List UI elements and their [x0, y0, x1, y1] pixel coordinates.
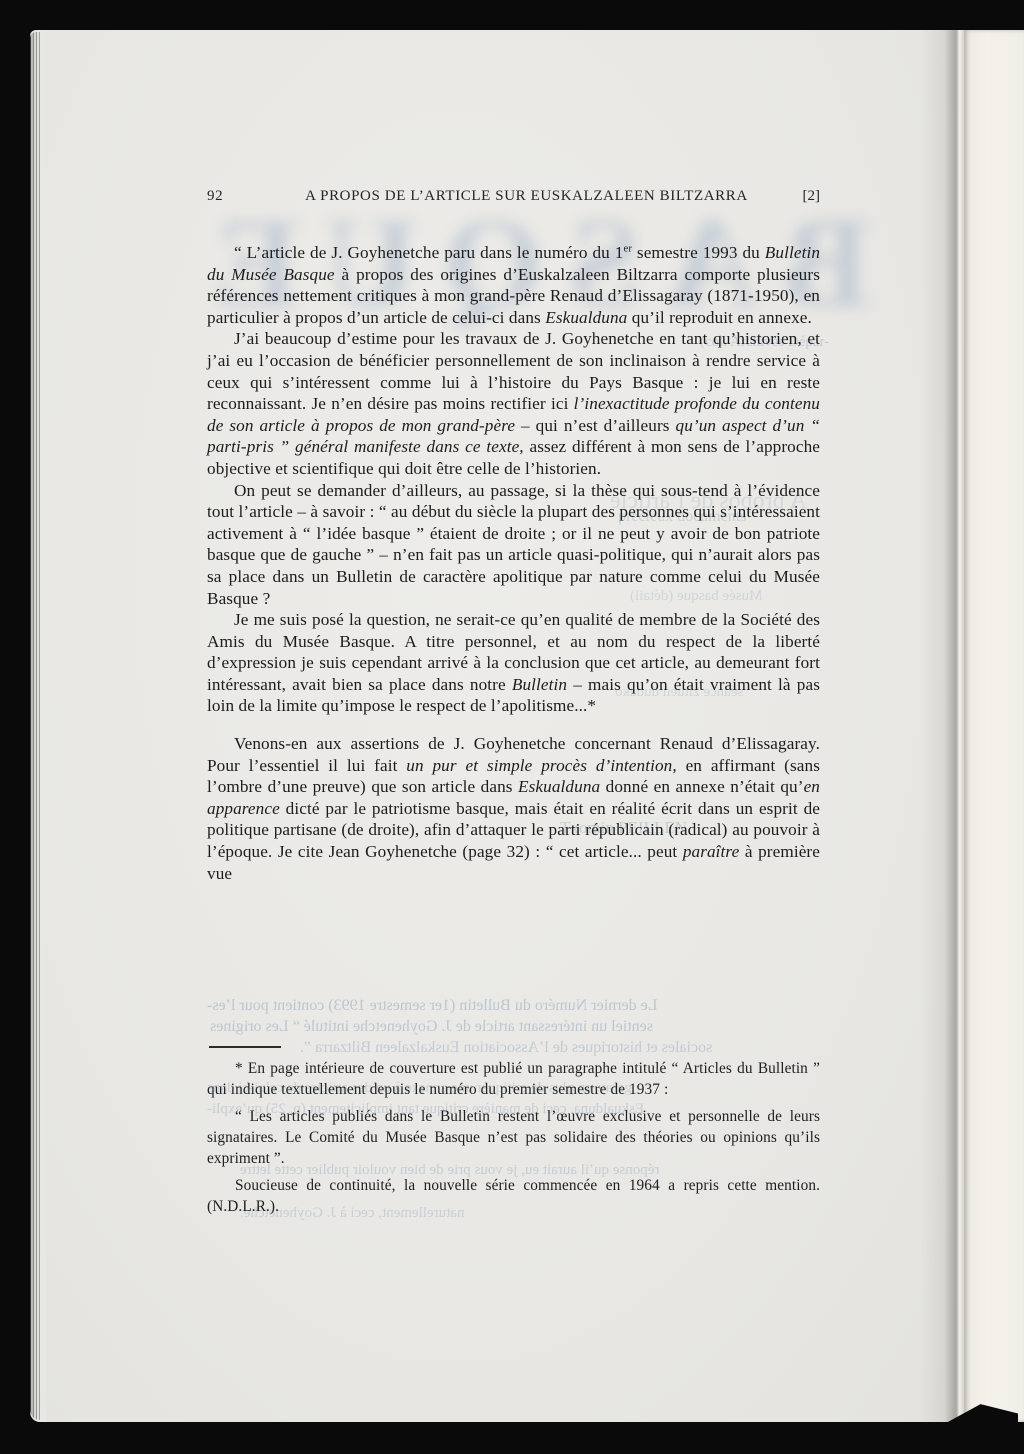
- paragraph: J’ai beaucoup d’estime pour les travaux …: [207, 328, 820, 479]
- running-title: A PROPOS DE L’ARTICLE SUR EUSKALZALEEN B…: [277, 188, 776, 205]
- paragraph: “ Les articles publiés dans le Bulletin …: [207, 1106, 820, 1169]
- paragraph: Venons-en aux assertions de J. Goyhenetc…: [207, 733, 820, 884]
- paragraph: * En page intérieure de couverture est p…: [207, 1058, 820, 1100]
- paragraph: “ L’article de J. Goyhenetche paru dans …: [207, 242, 820, 328]
- footnote-rule: [209, 1046, 281, 1048]
- scanner-backdrop: { "document": { "header": { "page_number…: [0, 0, 1024, 1454]
- scanned-book-page: BASQUE (col. Archives Dépar-A propos de …: [30, 30, 1024, 1422]
- footnote: * En page intérieure de couverture est p…: [207, 1058, 820, 1217]
- facing-page-edge: [964, 30, 1024, 1422]
- page-edge-stack: [30, 32, 46, 1420]
- binding-gutter-shadow: [920, 30, 964, 1422]
- body-text: “ L’article de J. Goyhenetche paru dans …: [207, 242, 820, 884]
- paragraph: Soucieuse de continuité, la nouvelle sér…: [207, 1175, 820, 1217]
- bracket-number: [2]: [776, 188, 820, 205]
- paragraph: Je me suis posé la question, ne serait-c…: [207, 609, 820, 717]
- running-header: 92 A PROPOS DE L’ARTICLE SUR EUSKALZALEE…: [207, 188, 820, 205]
- page-number: 92: [207, 188, 277, 205]
- paragraph: On peut se demander d’ailleurs, au passa…: [207, 480, 820, 610]
